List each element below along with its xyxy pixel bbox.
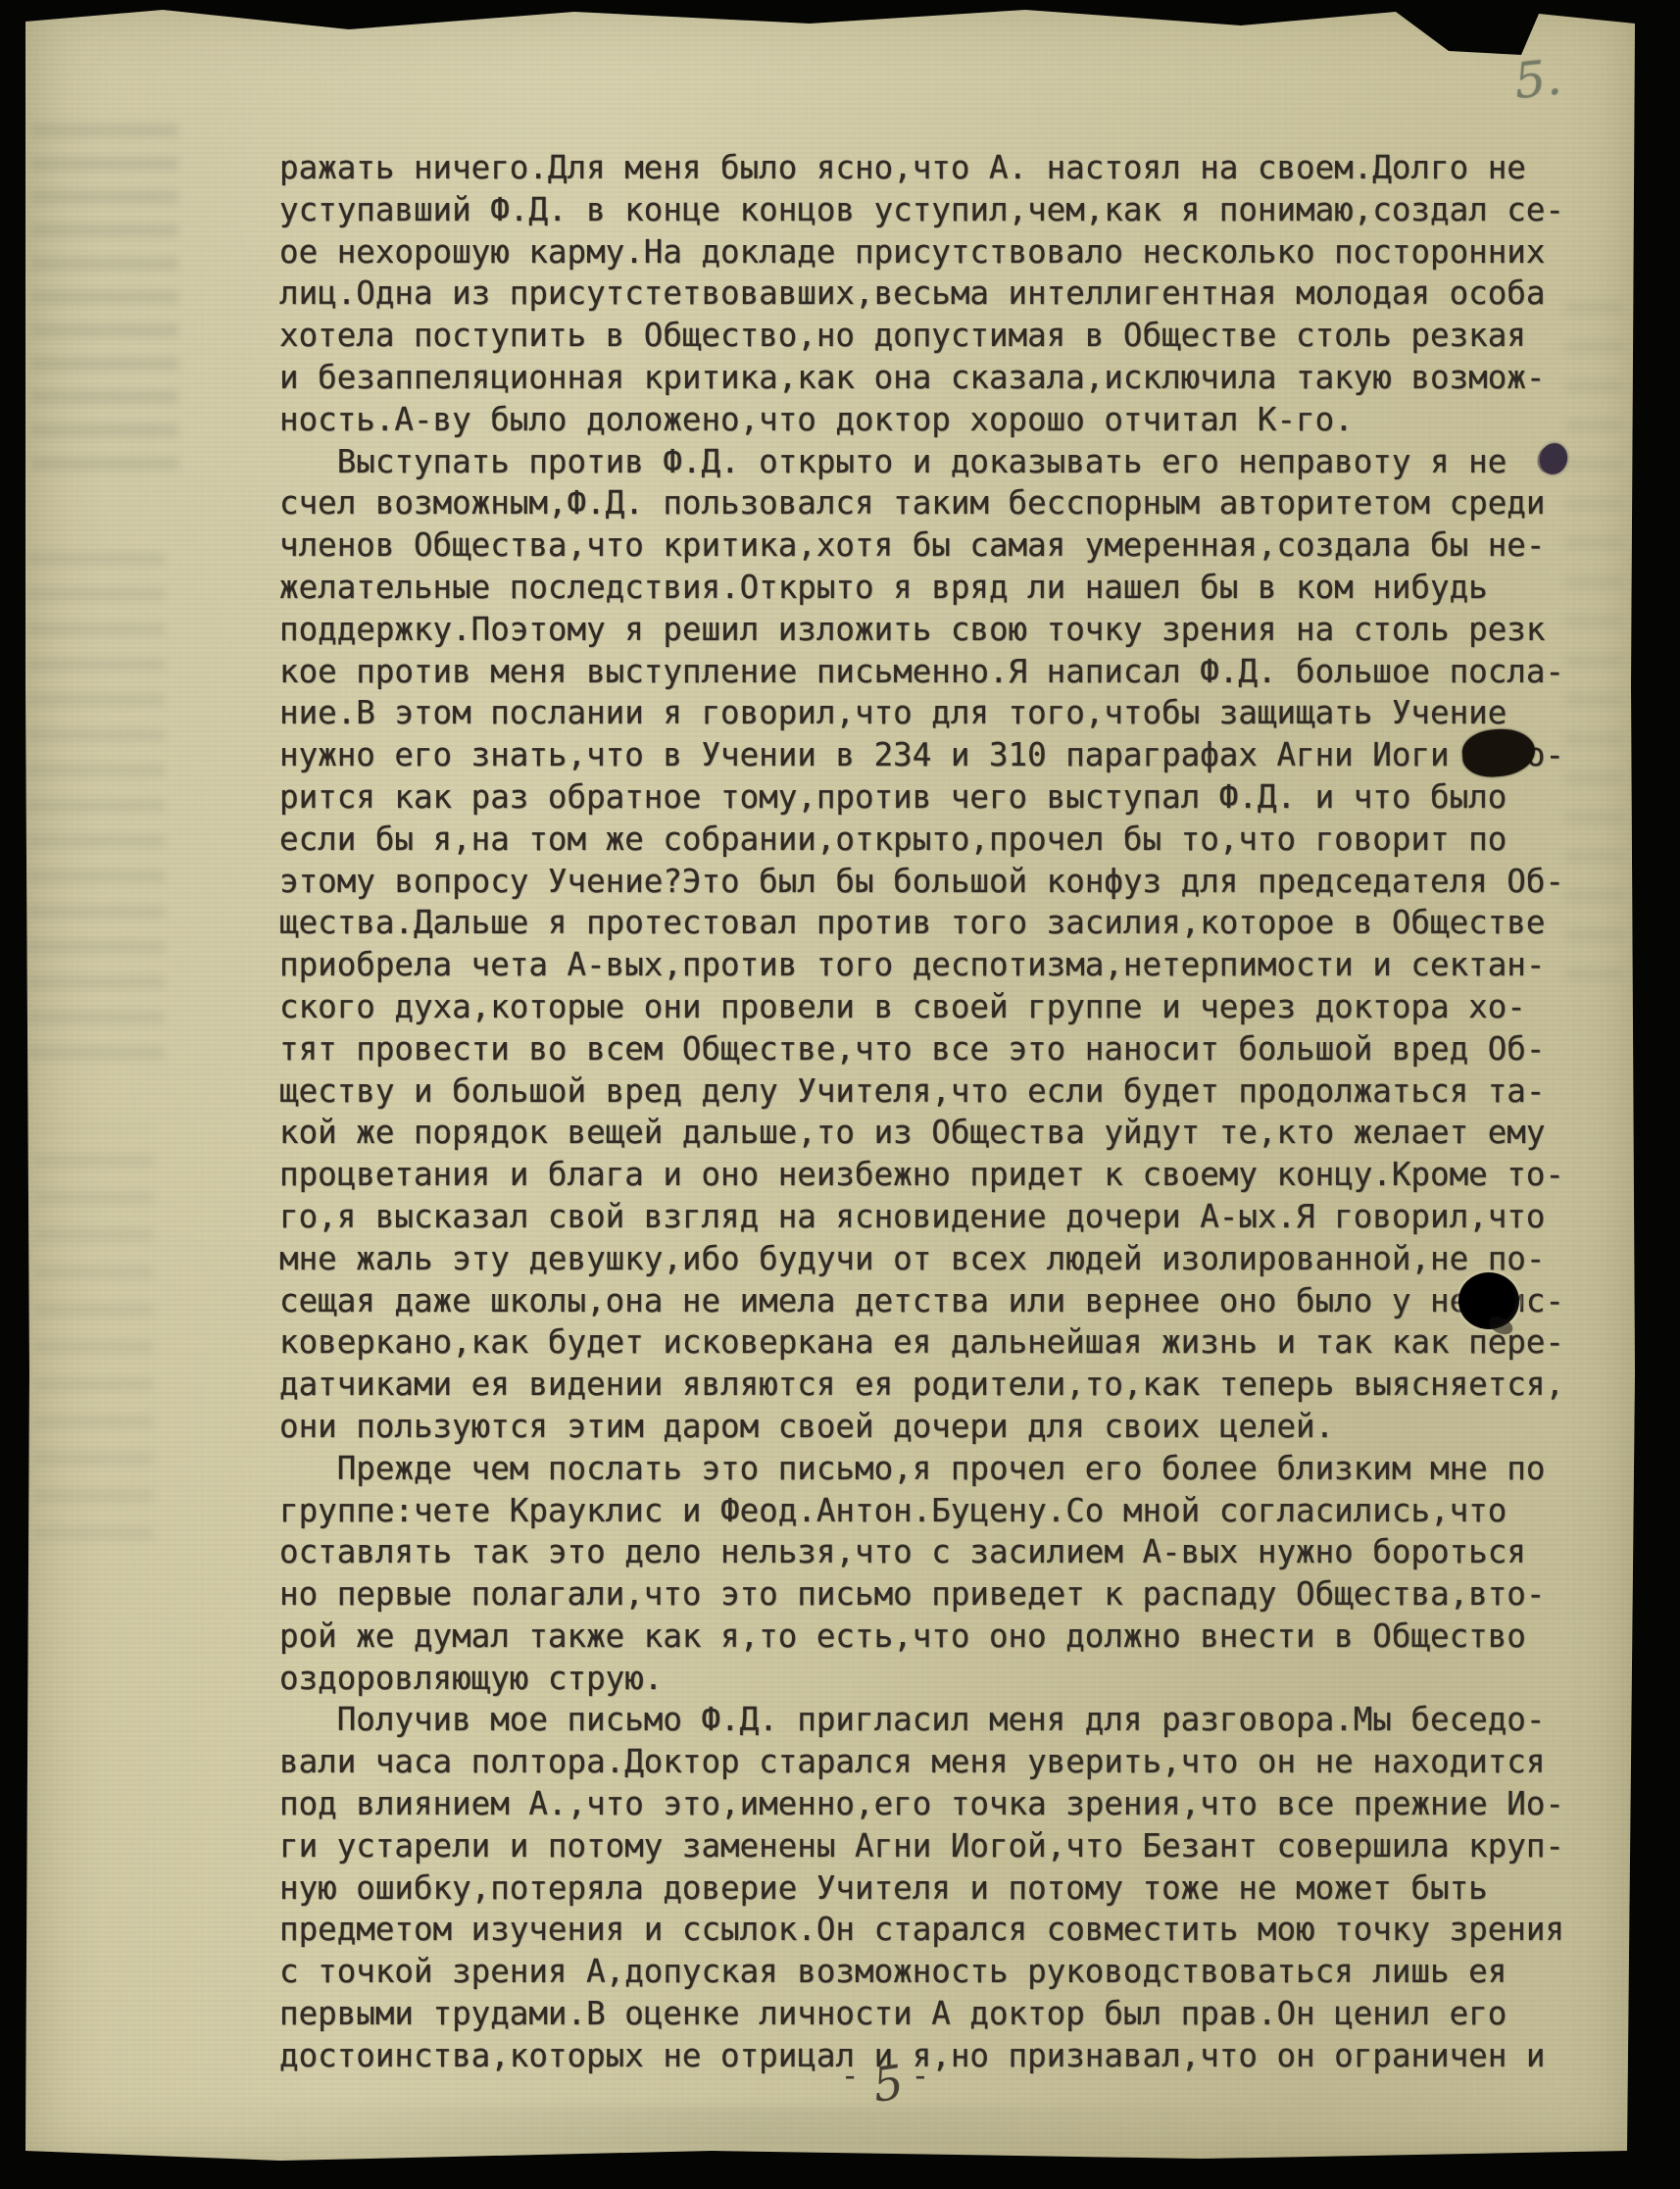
footer-page-number: -5-: [780, 2057, 996, 2125]
text-line: тят провести во всем Обществе,что все эт…: [279, 1028, 1593, 1070]
text-line: предметом изучения и ссылок.Он старался …: [279, 1909, 1593, 1951]
text-line: первыми трудами.В оценке личности А докт…: [279, 1993, 1593, 2035]
text-line: кое против меня выступление письменно.Я …: [279, 651, 1593, 693]
bleed-through-smudge: [35, 1127, 153, 1539]
text-line: нужно его знать,что в Учении в 234 и 310…: [279, 734, 1593, 776]
text-line: с точкой зрения А,допуская возможность р…: [279, 1951, 1593, 1993]
bleed-through-smudge: [222, 2108, 1300, 2147]
text-line: желательные последствия.Открыто я вряд л…: [279, 567, 1593, 609]
text-line: коверкано,как будет исковеркана ея дальн…: [279, 1321, 1593, 1364]
text-line: Прежде чем послать это письмо,я прочел е…: [279, 1448, 1593, 1490]
text-line: и безаппеляционная критика,как она сказа…: [279, 357, 1593, 399]
pencil-page-number: 5.: [1511, 41, 1637, 131]
scan-background: 5. ражать ничего.Для меня было ясно,что …: [0, 0, 1680, 2189]
text-line: сещая даже школы,она не имела детства ил…: [279, 1280, 1593, 1322]
text-line: щества.Дальше я протестовал против того …: [279, 902, 1593, 944]
typewritten-text: ражать ничего.Для меня было ясно,что А. …: [279, 147, 1593, 2077]
text-line: ние.В этом послании я говорил,что для то…: [279, 692, 1593, 734]
text-line: ную ошибку,потеряла доверие Учителя и по…: [279, 1867, 1593, 1910]
text-line: поддержку.Поэтому я решил изложить свою …: [279, 609, 1593, 651]
text-line: под влиянием А.,что это,именно,его точка…: [279, 1783, 1593, 1825]
text-line: если бы я,на том же собрании,открыто,про…: [279, 819, 1593, 861]
text-line: группе:чете Крауклис и Феод.Антон.Буцену…: [279, 1490, 1593, 1532]
text-line: этому вопросу Учение?Это был бы большой …: [279, 861, 1593, 903]
footer-dash-right: -: [911, 2057, 935, 2094]
text-line: датчиками ея видении являются ея родител…: [279, 1364, 1593, 1406]
text-line: го,я высказал свой взгляд на ясновидение…: [279, 1196, 1593, 1238]
text-line: мне жаль эту девушку,ибо будучи от всех …: [279, 1238, 1593, 1280]
text-line: оздоровляющую струю.: [279, 1658, 1593, 1700]
footer-number: 5: [869, 2055, 907, 2114]
punch-hole: [1458, 1272, 1519, 1329]
text-line: вали часа полтора.Доктор старался меня у…: [279, 1741, 1593, 1783]
text-line: рой же думал также как я,то есть,что оно…: [279, 1616, 1593, 1658]
footer-dash-left: -: [840, 2057, 865, 2094]
text-line: счел возможным,Ф.Д. пользовался таким бе…: [279, 482, 1593, 524]
bleed-through-smudge: [27, 549, 165, 1059]
text-line: Выступать против Ф.Д. открыто и доказыва…: [279, 441, 1593, 483]
bleed-through-smudge: [31, 118, 178, 471]
text-line: кой же порядок вещей дальше,то из Общест…: [279, 1112, 1593, 1154]
text-line: ражать ничего.Для меня было ясно,что А. …: [279, 147, 1593, 189]
text-line: хотела поступить в Общество,но допустима…: [279, 315, 1593, 357]
text-line: они пользуются этим даром своей дочери д…: [279, 1406, 1593, 1448]
text-line: оставлять так это дело нельзя,что с заси…: [279, 1531, 1593, 1573]
text-line: приобрела чета А-вых,против того деспоти…: [279, 944, 1593, 986]
text-line: ществу и большой вред делу Учителя,что е…: [279, 1070, 1593, 1113]
text-line: рится как раз обратное тому,против чего …: [279, 776, 1593, 819]
document-page: 5. ражать ничего.Для меня было ясно,что …: [25, 0, 1635, 2168]
text-line: уступавший Ф.Д. в конце концов уступил,ч…: [279, 189, 1593, 231]
text-line: ое нехорошую карму.На докладе присутство…: [279, 231, 1593, 274]
text-line: ность.А-ву было доложено,что доктор хоро…: [279, 399, 1593, 441]
text-line: но первые полагали,что это письмо привед…: [279, 1573, 1593, 1616]
text-line: членов Общества,что критика,хотя бы сама…: [279, 524, 1593, 567]
text-line: ского духа,которые они провели в своей г…: [279, 986, 1593, 1028]
text-line: лиц.Одна из присутстетвовавших,весьма ин…: [279, 273, 1593, 315]
text-line: процветания и блага и оно неизбежно прид…: [279, 1154, 1593, 1196]
text-line: Получив мое письмо Ф.Д. пригласил меня д…: [279, 1699, 1593, 1741]
text-line: ги устарели и потому заменены Агни Иогой…: [279, 1825, 1593, 1867]
